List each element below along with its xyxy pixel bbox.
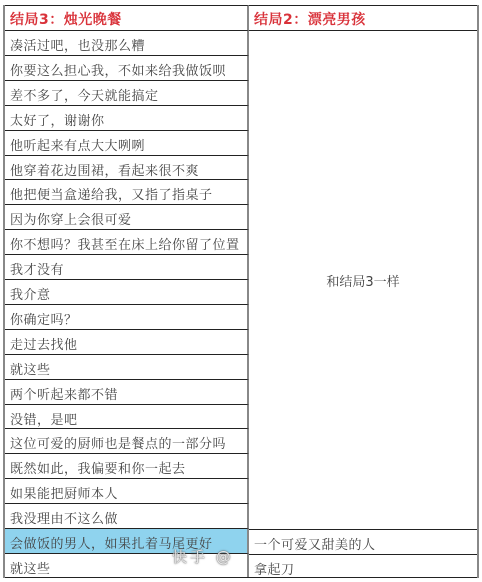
row-text: 凑活过吧，也没那么糟 (10, 35, 145, 54)
row-text: 你要这么担心我，不如来给我做饭呗 (10, 60, 226, 79)
table-row: 太好了，谢谢你 (5, 105, 249, 130)
right-row-text: 一个可爱又甜美的人 (254, 534, 376, 553)
table-row: 我介意 (5, 279, 249, 304)
row-text: 你确定吗？ (10, 309, 78, 328)
row-text: 我才没有 (10, 259, 64, 278)
row-text: 两个听起来都不错 (10, 384, 118, 403)
row-text: 他把便当盒递给我，又指了指桌子 (10, 184, 213, 203)
row-text: 如果能把厨师本人 (10, 483, 118, 502)
table-row: 两个听起来都不错 (5, 379, 249, 404)
row-text: 没错，是吧 (10, 409, 78, 428)
table-row: 就这些 (5, 354, 249, 379)
row-text: 差不多了，今天就能搞定 (10, 85, 159, 104)
table-row: 没错，是吧 (5, 404, 249, 429)
table-row: 我才没有 (5, 254, 249, 279)
row-text: 他听起来有点大大咧咧 (10, 135, 145, 154)
table-row: 你确定吗？ (5, 304, 249, 329)
endings-table: 结局3：烛光晚餐凑活过吧，也没那么糟你要这么担心我，不如来给我做饭呗差不多了，今… (3, 5, 479, 578)
table-row: 走过去找他 (5, 329, 249, 354)
right-header-cell: 结局2：漂亮男孩 (249, 5, 477, 30)
row-text: 我没理由不这么做 (10, 508, 118, 527)
row-text: 太好了，谢谢你 (10, 110, 105, 129)
table-row: 我没理由不这么做 (5, 503, 249, 528)
table-row: 如果能把厨师本人 (5, 478, 249, 503)
table-bottom-border (5, 577, 477, 578)
merged-cell-text: 和结局3一样 (249, 271, 477, 290)
row-text: 因为你穿上会很可爱 (10, 209, 132, 228)
watermark: 快手 @ (172, 546, 234, 567)
right-header-label: 结局2：漂亮男孩 (254, 9, 366, 29)
table-row: 凑活过吧，也没那么糟 (5, 30, 249, 55)
table-row: 你不想吗？我甚至在床上给你留了位置 (5, 229, 249, 254)
row-text: 这位可爱的厨师也是餐点的一部分吗 (10, 433, 226, 452)
table-row: 这位可爱的厨师也是餐点的一部分吗 (5, 428, 249, 453)
left-header-cell: 结局3：烛光晚餐 (5, 5, 249, 30)
left-header-label: 结局3：烛光晚餐 (10, 9, 122, 29)
row-text: 既然如此，我偏要和你一起去 (10, 458, 186, 477)
row-text: 就这些 (10, 359, 51, 378)
right-row-text: 拿起刀 (254, 559, 295, 578)
row-text: 我介意 (10, 284, 51, 303)
table-row: 他把便当盒递给我，又指了指桌子 (5, 179, 249, 204)
table-row: 因为你穿上会很可爱 (5, 204, 249, 229)
table-row: 差不多了，今天就能搞定 (5, 80, 249, 105)
right-merged-cell: 和结局3一样 (249, 30, 477, 529)
table-row: 他听起来有点大大咧咧 (5, 130, 249, 155)
table-row: 你要这么担心我，不如来给我做饭呗 (5, 55, 249, 80)
table-row: 既然如此，我偏要和你一起去 (5, 453, 249, 478)
right-row: 拿起刀 (249, 554, 477, 579)
row-text: 他穿着花边围裙，看起来很不爽 (10, 160, 199, 179)
table-row: 他穿着花边围裙，看起来很不爽 (5, 155, 249, 180)
row-text: 你不想吗？我甚至在床上给你留了位置 (10, 234, 240, 253)
row-text: 走过去找他 (10, 334, 78, 353)
right-row: 一个可爱又甜美的人 (249, 529, 477, 554)
right-column: 结局2：漂亮男孩 和结局3一样 一个可爱又甜美的人 拿起刀 (249, 5, 477, 578)
row-text: 就这些 (10, 558, 51, 577)
